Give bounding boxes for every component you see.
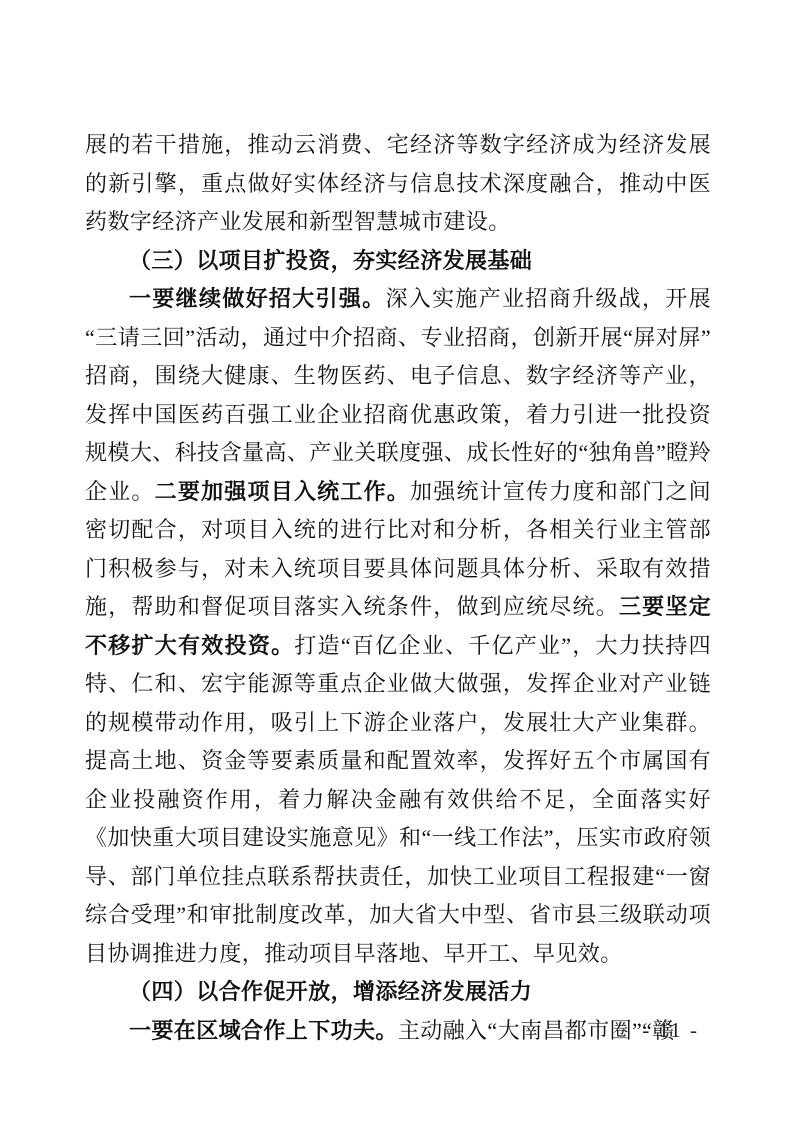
text-run: 打造“百亿企业、千亿产业”，大力扶持四特、仁和、宏宇能源等重点企业做大做强，发挥… bbox=[85, 633, 711, 966]
text-run: 展的若干措施，推动云消费、宅经济等数字经济成为经济发展的新引擎，重点做好实体经济… bbox=[85, 132, 711, 234]
text-run-emphasis: 二要加强项目入统工作。 bbox=[155, 479, 410, 504]
paragraph-continuation: 展的若干措施，推动云消费、宅经济等数字经济成为经济发展的新引擎，重点做好实体经济… bbox=[85, 126, 711, 242]
text-run: 深入实施产业招商升级战，开展“三请三回”活动，通过中介招商、专业招商，创新开展“… bbox=[85, 286, 711, 504]
document-body: 展的若干措施，推动云消费、宅经济等数字经济成为经济发展的新引擎，重点做好实体经济… bbox=[85, 126, 711, 1050]
text-run-emphasis: 一要在区域合作上下功夫。 bbox=[129, 1018, 398, 1043]
section-heading-three: （三）以项目扩投资，夯实经济发展基础 bbox=[85, 242, 711, 281]
document-page: 展的若干措施，推动云消费、宅经济等数字经济成为经济发展的新引擎，重点做好实体经济… bbox=[0, 0, 793, 1122]
paragraph-investment: 一要继续做好招大引强。深入实施产业招商升级战，开展“三请三回”活动，通过中介招商… bbox=[85, 280, 711, 973]
section-heading-four: （四）以合作促开放，增添经济发展活力 bbox=[85, 973, 711, 1012]
page-number: - 11 - bbox=[642, 1018, 699, 1043]
text-run-emphasis: 一要继续做好招大引强。 bbox=[129, 286, 385, 311]
paragraph-cooperation: 一要在区域合作上下功夫。主动融入“大南昌都市圈”“赣 bbox=[85, 1012, 711, 1051]
text-run: 主动融入“大南昌都市圈”“赣 bbox=[398, 1018, 675, 1043]
heading-text: （三）以项目扩投资，夯实经济发展基础 bbox=[129, 248, 532, 273]
heading-text: （四）以合作促开放，增添经济发展活力 bbox=[129, 979, 532, 1004]
